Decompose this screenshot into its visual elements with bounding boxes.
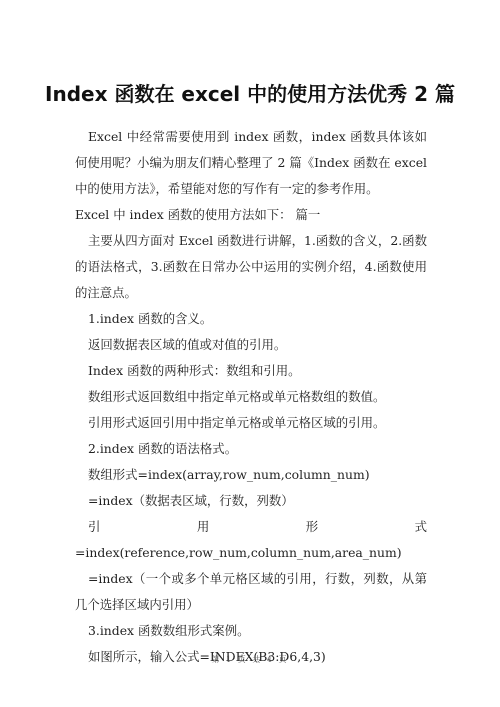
paragraph-array-form: 数组形式返回数组中指定单元格或单元格数组的数值。 bbox=[75, 384, 427, 410]
paragraph-reference-form: 引用形式返回引用中指定单元格或单元格区域的引用。 bbox=[75, 410, 427, 436]
paragraph-reference-syntax: 引用形式=index(reference,row_num,column_num,… bbox=[75, 514, 427, 566]
page-footer: 第 1 页 共 4 页 bbox=[0, 654, 500, 665]
paragraph-two-forms: Index 函数的两种形式：数组和引用。 bbox=[75, 358, 427, 384]
paragraph-section2-heading: 2.index 函数的语法格式。 bbox=[75, 436, 427, 462]
paragraph-array-syntax-explained: =index（数据表区域，行数，列数） bbox=[75, 488, 427, 514]
paragraph-overview: 主要从四方面对 Excel 函数进行讲解，1.函数的含义，2.函数的语法格式，3… bbox=[75, 228, 427, 306]
paragraph-reference-syntax-explained: =index（一个或多个单元格区域的引用，行数，列数，从第几个选择区域内引用） bbox=[75, 566, 427, 618]
document-page: Index 函数在 excel 中的使用方法优秀 2 篇 Excel 中经常需要… bbox=[0, 0, 500, 707]
document-body: Excel 中经常需要使用到 index 函数，index 函数具体该如何使用呢… bbox=[75, 124, 427, 670]
paragraph-heading-part1: Excel 中 index 函数的使用方法如下： 篇一 bbox=[75, 202, 427, 228]
paragraph-intro: Excel 中经常需要使用到 index 函数，index 函数具体该如何使用呢… bbox=[75, 124, 427, 202]
paragraph-section3-heading: 3.index 函数数组形式案例。 bbox=[75, 618, 427, 644]
paragraph-array-syntax: 数组形式=index(array,row_num,column_num) bbox=[75, 462, 427, 488]
paragraph-section1-heading: 1.index 函数的含义。 bbox=[75, 306, 427, 332]
document-title: Index 函数在 excel 中的使用方法优秀 2 篇 bbox=[0, 78, 500, 107]
paragraph-definition: 返回数据表区域的值或对值的引用。 bbox=[75, 332, 427, 358]
